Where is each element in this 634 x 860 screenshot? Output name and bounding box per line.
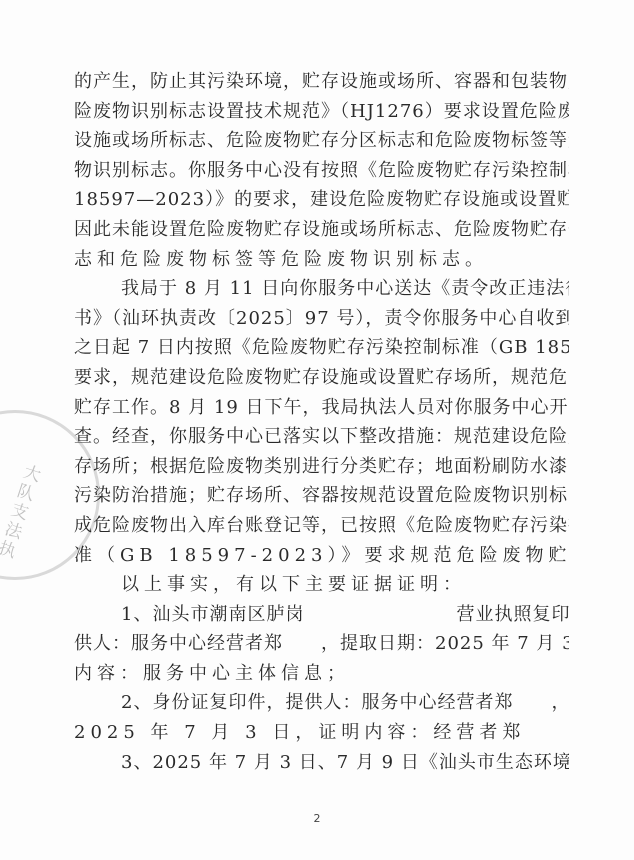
text-line: 18597—2023）》的要求，建设危险废物贮存设施或设置贮存场所， [74, 185, 569, 215]
text-line: 险废物识别标志设置技术规范》（HJ1276）要求设置危险废物贮存 [74, 97, 569, 127]
text-line: 2、身份证复印件，提供人：服务中心经营者郑 ，提取日期： [74, 688, 569, 718]
text-line: 以上事实，有以下主要证据证明： [74, 570, 569, 600]
text-line: 存场所；根据危险废物类别进行分类贮存；地面粉刷防水漆，落实 [74, 452, 569, 482]
text-line: 1、汕头市潮南区胪岗 营业执照复印件，提 [74, 600, 569, 630]
text-line: 志和危险废物标签等危险废物识别标志。 [74, 245, 569, 275]
page-number: 2 [0, 812, 634, 825]
text-line: 书》（汕环执责改〔2025〕97 号），责令你服务中心自收到决定书 [74, 304, 569, 334]
text-line: 污染防治措施；贮存场所、容器按规范设置危险废物识别标志；完 [74, 481, 569, 511]
text-line: 设施或场所标志、危险废物贮存分区标志和危险废物标签等危险废 [74, 126, 569, 156]
text-line: 内容：服务中心主体信息； [74, 659, 569, 689]
document-page: 大队支法执 的产生，防止其污染环境，贮存设施或场所、容器和包装物应按《危险废物识… [0, 0, 634, 860]
text-line: 供人：服务中心经营者郑 ，提取日期：2025 年 7 月 3 日，证明 [74, 629, 569, 659]
text-line: 准（GB 18597-2023）》要求规范危险废物贮存工作。 [74, 541, 569, 571]
text-line: 2025 年 7 月 3 日，证明内容：经营者郑 身份信息； [74, 718, 569, 748]
text-line: 成危险废物出入库台账登记等，已按照《危险废物贮存污染控制标 [74, 511, 569, 541]
text-line: 物识别标志。你服务中心没有按照《危险废物贮存污染控制标准（GB [74, 156, 569, 186]
document-body: 的产生，防止其污染环境，贮存设施或场所、容器和包装物应按《危险废物识别标志设置技… [74, 67, 569, 777]
text-line: 3、2025 年 7 月 3 日、7 月 9 日《汕头市生态环境保护综合执 [74, 748, 569, 778]
text-line: 要求，规范建设危险废物贮存设施或设置贮存场所，规范危险废物 [74, 363, 569, 393]
text-line: 查。经查，你服务中心已落实以下整改措施：规范建设危险废物贮 [74, 422, 569, 452]
text-line: 我局于 8 月 11 日向你服务中心送达《责令改正违法行为决定 [74, 274, 569, 304]
text-line: 贮存工作。8 月 19 日下午，我局执法人员对你服务中心开展责改复 [74, 393, 569, 423]
text-line: 的产生，防止其污染环境，贮存设施或场所、容器和包装物应按《危 [74, 67, 569, 97]
text-line: 之日起 7 日内按照《危险废物贮存污染控制标准（GB 18597—2023）》 [74, 333, 569, 363]
seal-text: 大队支法执 [0, 462, 48, 564]
text-line: 因此未能设置危险废物贮存设施或场所标志、危险废物贮存分区标 [74, 215, 569, 245]
